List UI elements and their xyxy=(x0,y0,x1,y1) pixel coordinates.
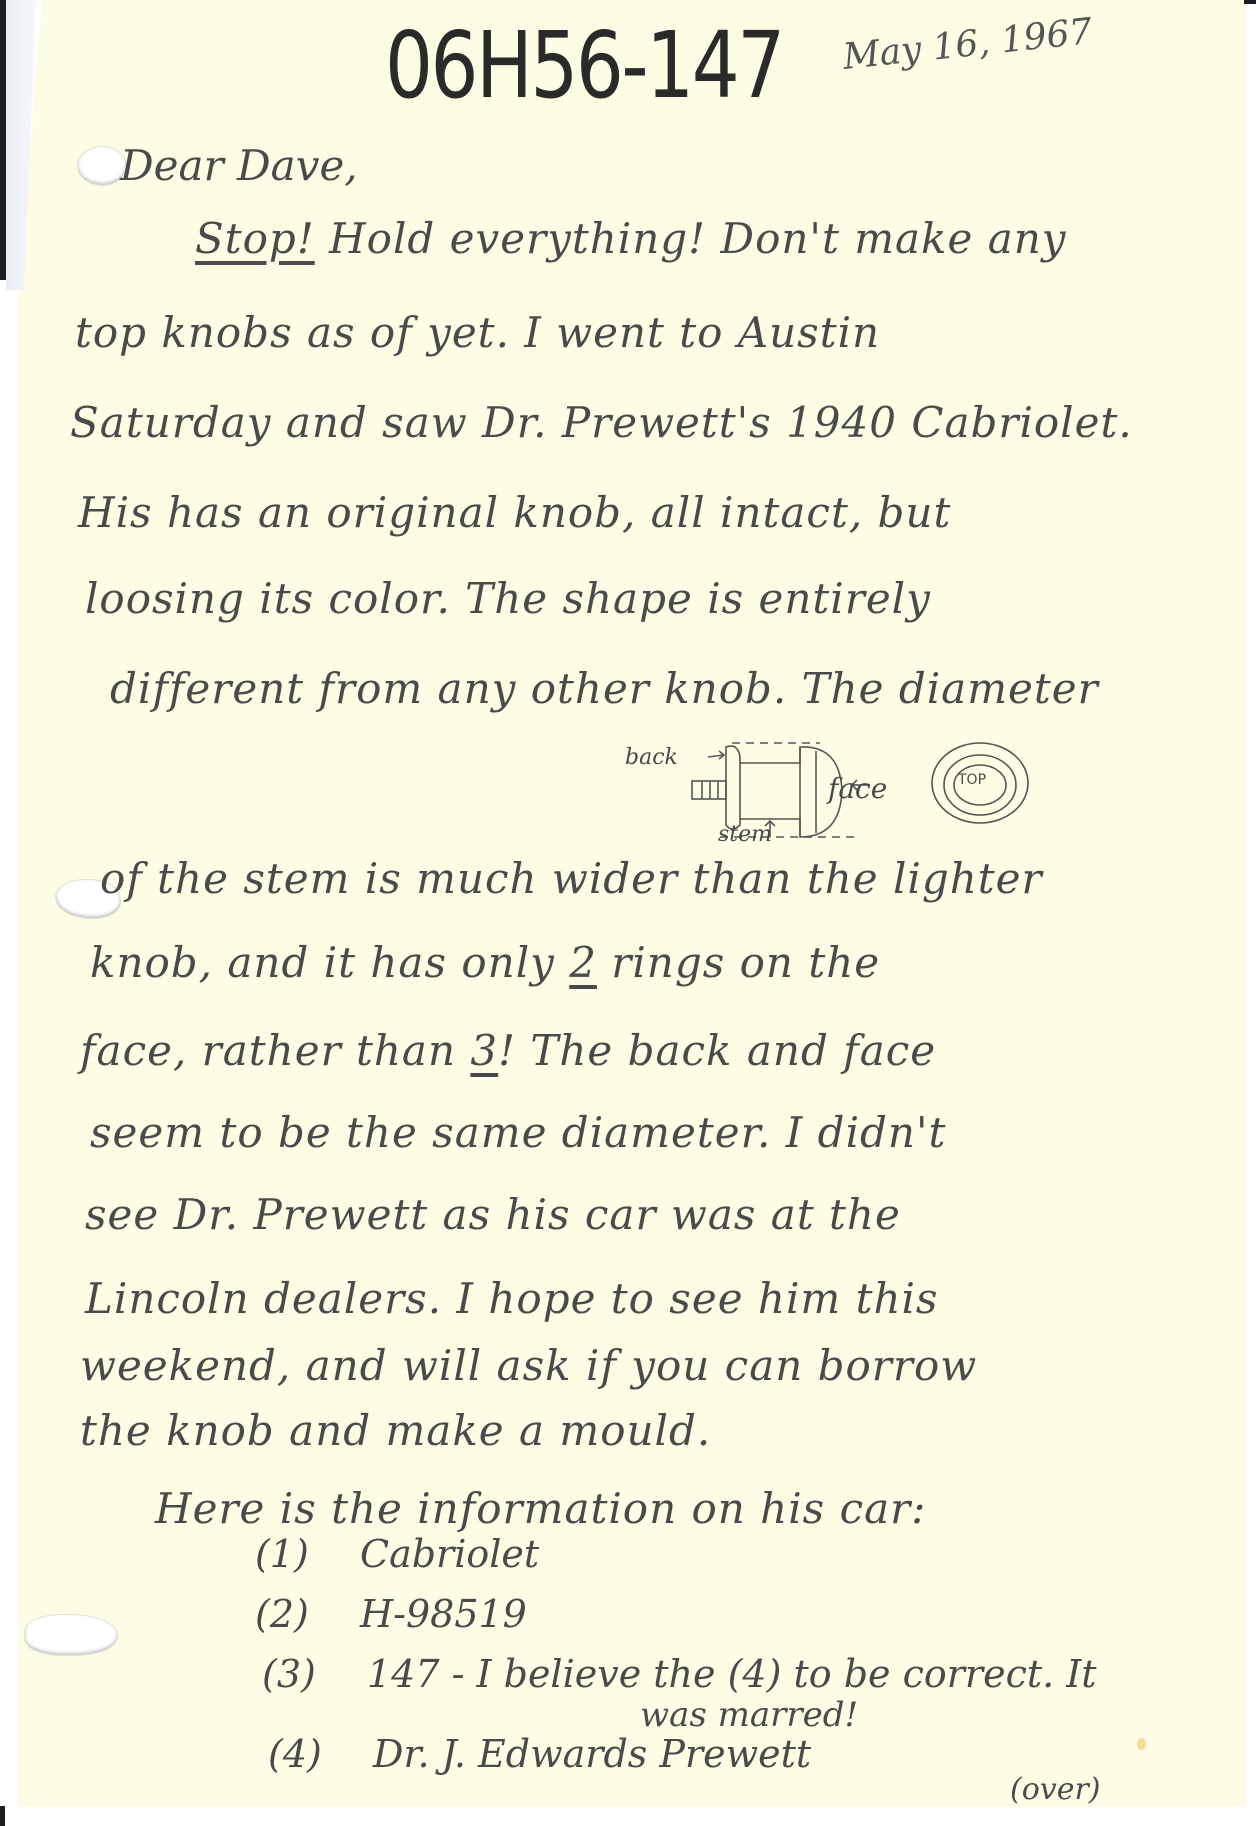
scanned-letter-page: 06H56-147 May 16, 1967 Dear Dave, Stop! … xyxy=(0,0,1256,1826)
emphasis-two: 2 xyxy=(569,938,597,987)
paper-stain xyxy=(1137,1738,1146,1750)
list-number: (3) xyxy=(262,1655,367,1693)
letter-paper xyxy=(18,0,1246,1806)
body-line: loosing its color. The shape is entirely xyxy=(85,578,931,620)
emphasis-three: 3 xyxy=(470,1026,498,1075)
body-line: His has an original knob, all intact, bu… xyxy=(78,492,951,534)
list-text: 147 - I believe the (4) to be correct. I… xyxy=(367,1652,1097,1696)
list-number: (4) xyxy=(268,1735,373,1773)
body-line-text: ! The back and face xyxy=(498,1026,936,1075)
scanner-corner xyxy=(1244,0,1256,4)
list-number: (2) xyxy=(255,1595,360,1633)
body-line: see Dr. Prewett as his car was at the xyxy=(85,1194,901,1236)
body-line: seem to be the same diameter. I didn't xyxy=(90,1112,946,1154)
body-line: Stop! Hold everything! Don't make any xyxy=(195,218,1067,260)
emphasis-stop: Stop! xyxy=(195,214,315,263)
body-line: of the stem is much wider than the light… xyxy=(100,858,1043,900)
body-line: the knob and make a mould. xyxy=(80,1410,711,1452)
body-line: weekend, and will ask if you can borrow xyxy=(80,1345,977,1387)
info-list-item: (3)147 - I believe the (4) to be correct… xyxy=(262,1655,1097,1693)
body-line: Saturday and saw Dr. Prewett's 1940 Cabr… xyxy=(70,402,1133,444)
list-number: (1) xyxy=(255,1535,360,1573)
body-line: face, rather than 3! The back and face xyxy=(80,1030,936,1072)
scanner-edge-shadow-bottom xyxy=(0,1806,5,1826)
punch-hole-icon xyxy=(25,1615,117,1655)
sketch-label-back: back xyxy=(625,745,678,770)
body-line-text: rings on the xyxy=(597,938,880,987)
sketch-label-stem: stem xyxy=(718,822,772,847)
info-list-item: (2)H-98519 xyxy=(255,1595,527,1633)
info-list-item: (4)Dr. J. Edwards Prewett xyxy=(268,1735,811,1773)
body-line: Lincoln dealers. I hope to see him this xyxy=(85,1278,939,1320)
info-list-item: (1)Cabriolet xyxy=(255,1535,539,1573)
punch-hole-icon xyxy=(78,147,126,185)
list-text: Cabriolet xyxy=(360,1532,539,1576)
body-line-text: Hold everything! Don't make any xyxy=(315,214,1067,263)
sketch-label-face: face xyxy=(828,772,887,805)
body-line: Here is the information on his car: xyxy=(155,1488,926,1530)
reference-number: 06H56-147 xyxy=(385,20,783,112)
list-text: H-98519 xyxy=(360,1592,527,1636)
body-line: different from any other knob. The diame… xyxy=(110,668,1099,710)
page-turn-note: (over) xyxy=(1010,1775,1101,1805)
body-line-text: knob, and it has only xyxy=(90,938,569,987)
body-line-text: face, rather than xyxy=(80,1026,470,1075)
body-line: top knobs as of yet. I went to Austin xyxy=(75,312,880,354)
body-line: knob, and it has only 2 rings on the xyxy=(90,942,880,984)
salutation: Dear Dave, xyxy=(120,145,358,187)
list-text: Dr. J. Edwards Prewett xyxy=(373,1732,811,1776)
info-list-item-continuation: was marred! xyxy=(640,1698,858,1732)
sketch-label-top: TOP xyxy=(958,772,986,788)
